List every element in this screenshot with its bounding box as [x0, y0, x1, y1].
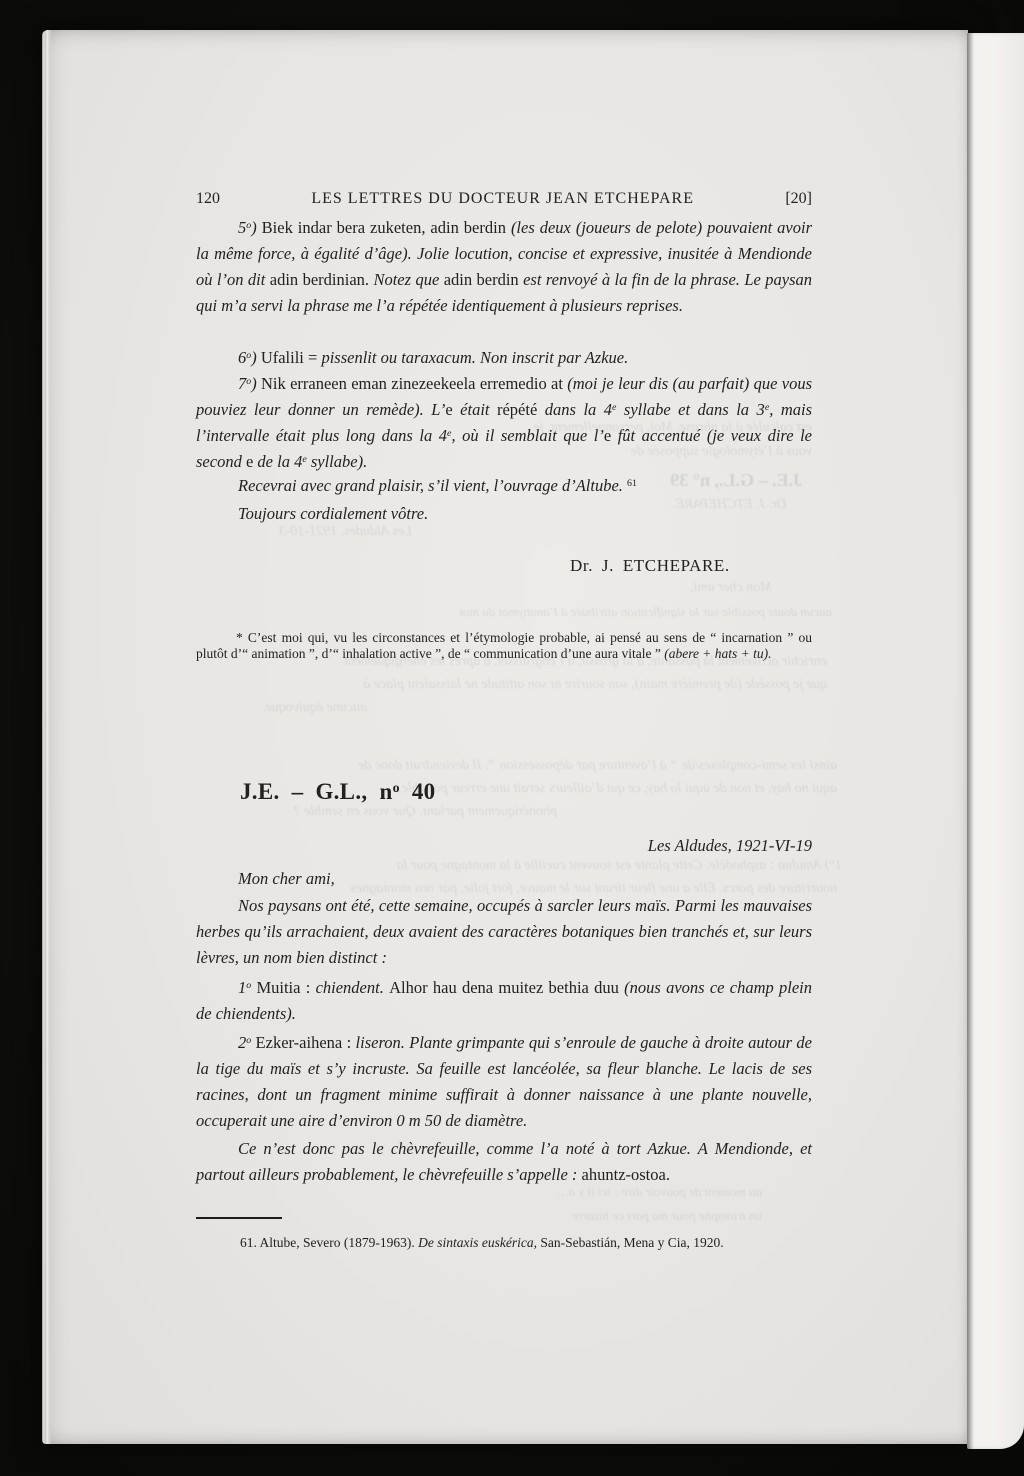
paragraph-item-5: 5o) Biek indar bera zuketen, adin berdin… [196, 215, 812, 319]
paragraph-item-6: 6o) Ufalili = pissenlit ou taraxacum. No… [196, 345, 812, 371]
letter-heading: J.E. – G.L., no 40 [240, 778, 435, 806]
page-content: 120 LES LETTRES DU DOCTEUR JEAN ETCHEPAR… [196, 30, 812, 1444]
page-number: 120 [196, 190, 220, 208]
paragraph-recevrai: Recevrai avec grand plaisir, s’il vient,… [196, 473, 812, 499]
signature: Dr. J. ETCHEPARE. [570, 553, 730, 579]
running-title: LES LETTRES DU DOCTEUR JEAN ETCHEPARE [311, 190, 694, 208]
salutation: Mon cher ami, [196, 866, 812, 892]
photo-background: est calculée à la phrase. Moi, personnel… [0, 0, 1024, 1476]
footnote-61: 61. Altube, Severo (1879-1963). De sinta… [240, 1234, 724, 1252]
footnote-rule [196, 1217, 282, 1219]
folio-marker: [20] [785, 190, 812, 208]
paragraph-item-7: 7o) Nik erraneen eman zinezeekeela errem… [196, 371, 812, 475]
page-header: 120 LES LETTRES DU DOCTEUR JEAN ETCHEPAR… [196, 190, 812, 208]
footnote-asterisk: * C’est moi qui, vu les circonstances et… [196, 630, 812, 661]
book-page: est calculée à la phrase. Moi, personnel… [42, 30, 968, 1444]
paragraph-toujours: Toujours cordialement vôtre. [196, 501, 812, 527]
paragraph-chevrefeuille: Ce n’est donc pas le chèvrefeuille, comm… [196, 1136, 812, 1188]
page-stack-edge [42, 30, 52, 1444]
paragraph-paysans: Nos paysans ont été, cette semaine, occu… [196, 893, 812, 971]
facing-page-edge [967, 33, 1024, 1449]
paragraph-muitia: 1o Muitia : chiendent. Alhor hau dena mu… [196, 975, 812, 1027]
paragraph-ezker: 2o Ezker-aihena : liseron. Plante grimpa… [196, 1030, 812, 1134]
dateline: Les Aldudes, 1921-VI-19 [196, 833, 812, 859]
